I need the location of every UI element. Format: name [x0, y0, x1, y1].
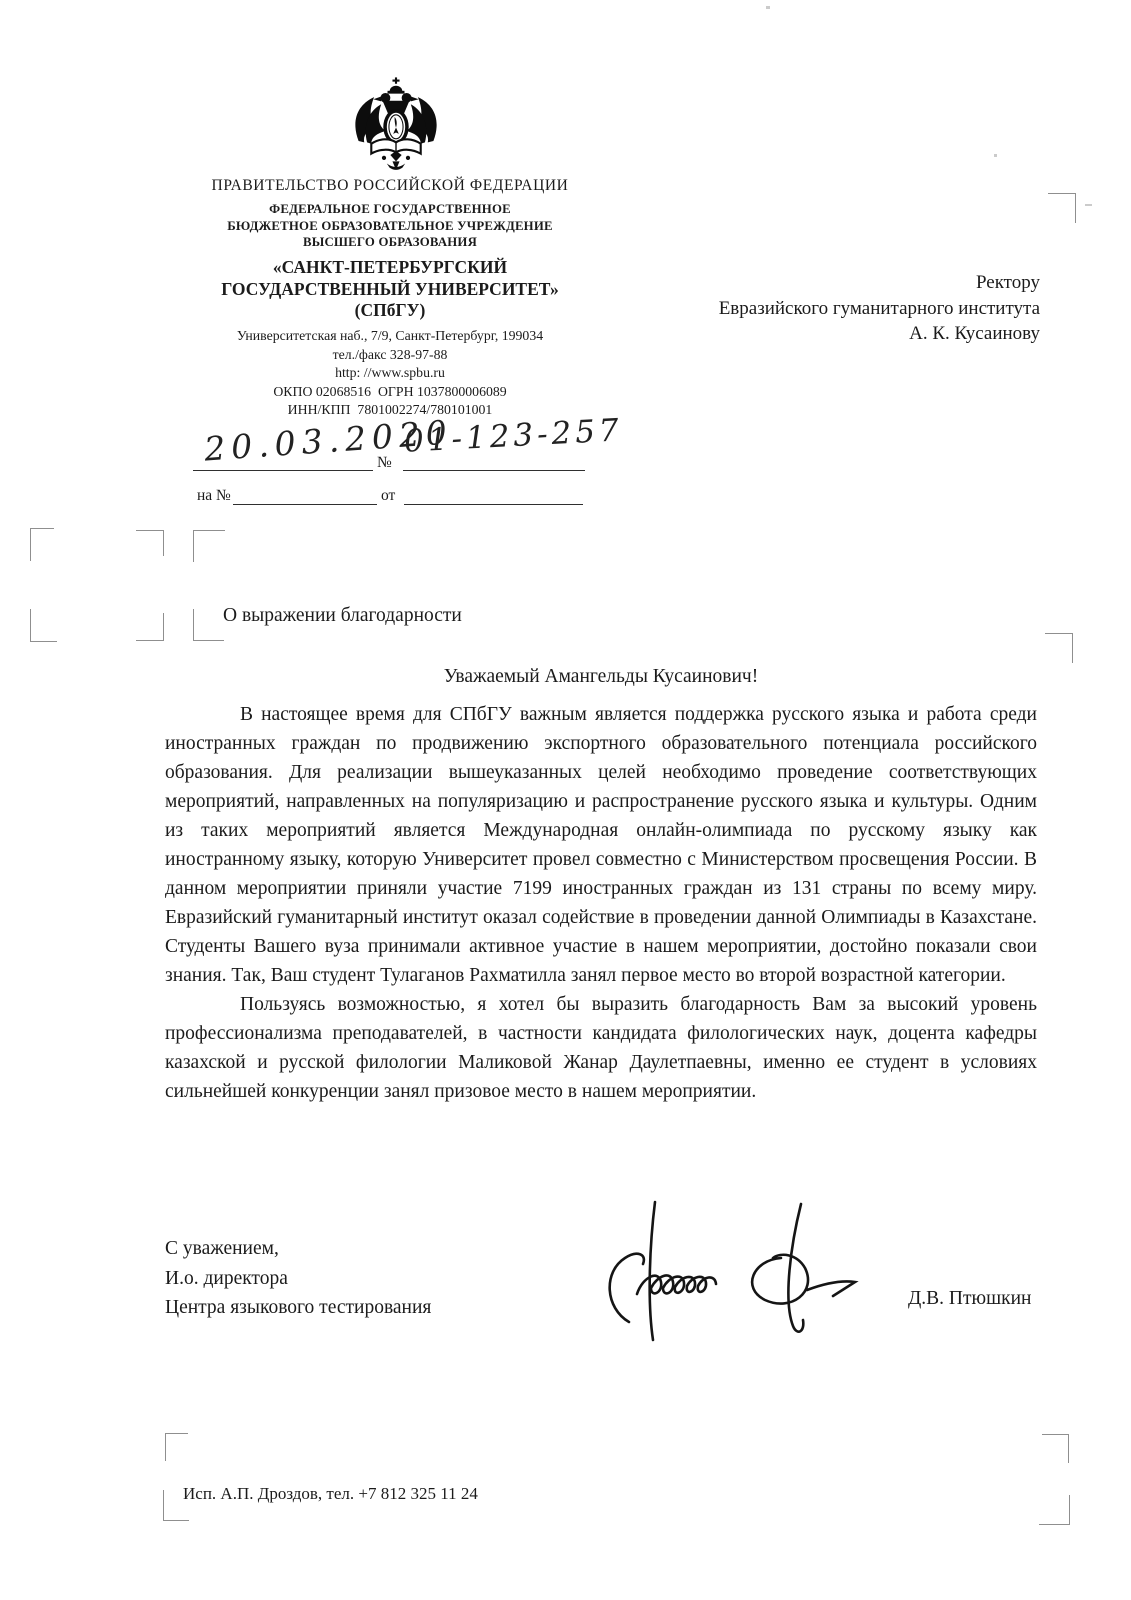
- closing-position-1: И.о. директора: [165, 1264, 431, 1294]
- executor-line: Исп. А.П. Дроздов, тел. +7 812 325 11 24: [183, 1484, 478, 1504]
- scan-speck: [1085, 204, 1092, 206]
- scan-speck: [994, 154, 997, 157]
- letter-body: В настоящее время для СПбГУ важным являе…: [165, 700, 1037, 1106]
- crop-mark: [163, 1490, 189, 1521]
- signer-name: Д.В. Птюшкин: [908, 1288, 1031, 1310]
- crop-mark: [1042, 1434, 1069, 1463]
- crop-mark: [1048, 193, 1076, 223]
- crop-mark: [30, 609, 57, 642]
- number-sign-label: №: [377, 454, 392, 472]
- body-paragraph-2: Пользуясь возможностью, я хотел бы выраз…: [165, 990, 1037, 1106]
- crop-mark: [1045, 633, 1073, 663]
- university-line-1: «САНКТ-ПЕТЕРБУРГСКИЙ: [150, 257, 630, 279]
- scan-speck: [766, 6, 770, 9]
- university-name: «САНКТ-ПЕТЕРБУРГСКИЙ ГОСУДАРСТВЕННЫЙ УНИ…: [150, 257, 630, 322]
- scanned-letter-page: ПРАВИТЕЛЬСТВО РОССИЙСКОЙ ФЕДЕРАЦИИ ФЕДЕР…: [0, 0, 1131, 1600]
- federal-line-2: БЮДЖЕТНОЕ ОБРАЗОВАТЕЛЬНОЕ УЧРЕЖДЕНИЕ: [150, 218, 630, 235]
- university-okpo-ogrn: ОКПО 02068516 ОГРН 1037800006089: [150, 383, 630, 402]
- addressee-organization: Евразийского гуманитарного института: [719, 296, 1040, 322]
- university-phone: тел./факс 328-97-88: [150, 346, 630, 365]
- handwritten-signature: [595, 1196, 875, 1346]
- closing-block: С уважением, И.о. директора Центра языко…: [165, 1234, 431, 1323]
- closing-regards: С уважением,: [165, 1234, 431, 1264]
- federal-line-1: ФЕДЕРАЛЬНОЕ ГОСУДАРСТВЕННОЕ: [150, 201, 630, 218]
- university-contact-block: Университетская наб., 7/9, Санкт-Петербу…: [150, 327, 630, 420]
- crop-mark: [193, 609, 224, 641]
- on-number-label: на №: [197, 487, 231, 505]
- university-line-2: ГОСУДАРСТВЕННЫЙ УНИВЕРСИТЕТ»: [150, 279, 630, 301]
- date-underline: [193, 470, 373, 471]
- from-blank-line: [404, 504, 583, 505]
- crop-mark: [193, 530, 225, 562]
- university-website: http: //www.spbu.ru: [150, 364, 630, 383]
- closing-position-2: Центра языкового тестирования: [165, 1293, 431, 1323]
- addressee-block: Ректору Евразийского гуманитарного инсти…: [719, 270, 1040, 347]
- crop-mark: [136, 613, 164, 641]
- salutation: Уважаемый Амангельды Кусаинович!: [165, 666, 1037, 688]
- crop-mark: [30, 528, 54, 561]
- university-line-3: (СПбГУ): [150, 300, 630, 322]
- addressee-title: Ректору: [719, 270, 1040, 296]
- crop-mark: [136, 530, 164, 556]
- addressee-name: А. К. Кусаинову: [719, 321, 1040, 347]
- subject-line: О выражении благодарности: [223, 605, 462, 627]
- from-label: от: [381, 487, 395, 505]
- university-address: Университетская наб., 7/9, Санкт-Петербу…: [150, 327, 630, 346]
- federal-line-3: ВЫСШЕГО ОБРАЗОВАНИЯ: [150, 234, 630, 251]
- crop-mark: [1039, 1495, 1070, 1525]
- number-underline: [403, 470, 585, 471]
- federal-institution-lines: ФЕДЕРАЛЬНОЕ ГОСУДАРСТВЕННОЕ БЮДЖЕТНОЕ ОБ…: [150, 201, 630, 251]
- spbu-coat-of-arms-icon: [350, 76, 442, 172]
- government-line: ПРАВИТЕЛЬСТВО РОССИЙСКОЙ ФЕДЕРАЦИИ: [150, 177, 630, 195]
- body-paragraph-1: В настоящее время для СПбГУ важным являе…: [165, 700, 1037, 990]
- on-number-blank-line: [233, 504, 377, 505]
- crop-mark: [165, 1433, 188, 1461]
